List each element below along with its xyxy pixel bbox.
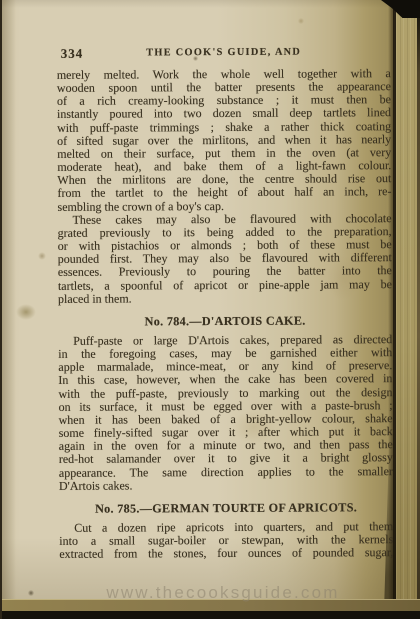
body-line: extracted from the stones, four ounces o… [59, 546, 393, 561]
running-title: THE COOK'S GUIDE, AND [57, 45, 391, 60]
section-heading: No. 784.—D'ARTOIS CAKE. [58, 314, 392, 329]
bottom-border [0, 611, 420, 619]
body-line: placed in them. [58, 291, 392, 306]
page-number: 334 [61, 47, 84, 60]
page-header: 334 THE COOK'S GUIDE, AND [57, 45, 391, 61]
body-line: appearance. The same direction applies t… [59, 465, 393, 480]
left-border [0, 0, 2, 619]
paragraph: These cakes may also be flavoured with c… [58, 212, 392, 306]
body-line: tartlets, a spoonful of apricot or pine-… [58, 278, 392, 293]
section-heading: No. 785.—GERMAN TOURTE OF APRICOTS. [59, 501, 393, 516]
paragraph: Cut a dozen ripe apricots into quarters,… [59, 520, 393, 561]
body-blocks: merely melted. Work the whole well toget… [57, 67, 394, 561]
text-block: 334 THE COOK'S GUIDE, AND merely melted.… [57, 39, 394, 561]
book-scan-root: { "colors": { "paper": "#d8ceb3", "ink":… [0, 0, 420, 619]
page-gutter-shadow [2, 0, 16, 611]
body-line: from the tartlet to the height of about … [57, 186, 391, 201]
watermark: www.thecooksguide.com [0, 583, 420, 603]
book-fore-edges [396, 0, 417, 611]
paragraph: merely melted. Work the whole well toget… [57, 67, 392, 213]
body-line: D'Artois cakes. [59, 478, 393, 493]
paragraph: Puff-paste or large D'Artois cakes, prep… [58, 333, 393, 493]
